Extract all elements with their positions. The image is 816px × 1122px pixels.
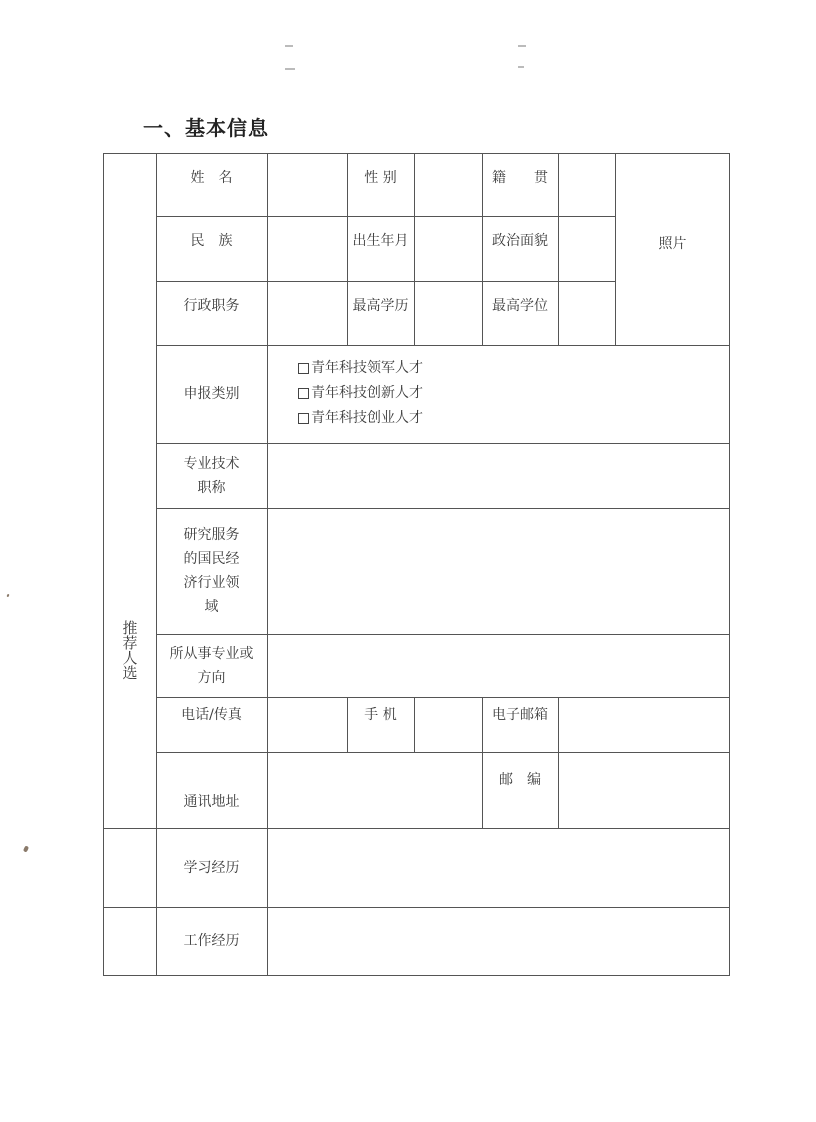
label-ethnicity: 民 族 bbox=[156, 216, 267, 281]
label-line: 域 bbox=[205, 595, 219, 619]
label-gender: 性 别 bbox=[347, 153, 414, 216]
table-border-right bbox=[729, 153, 730, 976]
option-label: 青年科技领军人才 bbox=[311, 356, 423, 381]
checkbox-icon[interactable] bbox=[298, 413, 309, 424]
mobile-field[interactable] bbox=[415, 698, 482, 752]
postcode-field[interactable] bbox=[559, 753, 729, 828]
group-label: 推荐人选 bbox=[103, 600, 156, 700]
label-line: 专业技术 bbox=[184, 452, 240, 476]
checkbox-icon[interactable] bbox=[298, 363, 309, 374]
label-line: 所从事专业或 bbox=[170, 642, 254, 666]
label-phone-fax: 电话/传真 bbox=[156, 697, 267, 752]
native-place-field[interactable] bbox=[559, 154, 615, 216]
label-professional-title: 专业技术 职称 bbox=[156, 443, 267, 508]
scan-mark bbox=[285, 68, 295, 70]
professional-title-field[interactable] bbox=[268, 444, 729, 508]
label-line: 方向 bbox=[198, 666, 226, 690]
scan-speck bbox=[23, 845, 29, 852]
work-history-field[interactable] bbox=[268, 908, 729, 975]
email-field[interactable] bbox=[559, 698, 729, 752]
label-work-history: 工作经历 bbox=[156, 907, 267, 975]
label-industry: 研究服务 的国民经 济行业领 域 bbox=[156, 508, 267, 634]
label-name: 姓 名 bbox=[156, 153, 267, 216]
option-label: 青年科技创业人才 bbox=[311, 406, 423, 431]
label-major: 所从事专业或 方向 bbox=[156, 634, 267, 697]
category-option-leader[interactable]: 青年科技领军人才 bbox=[298, 356, 423, 381]
degree-field[interactable] bbox=[559, 282, 615, 345]
scan-mark bbox=[518, 45, 526, 47]
major-field[interactable] bbox=[268, 635, 729, 697]
option-label: 青年科技创新人才 bbox=[311, 381, 423, 406]
scan-speck bbox=[6, 594, 9, 598]
category-option-entrepreneur[interactable]: 青年科技创业人才 bbox=[298, 406, 423, 431]
label-line: 济行业领 bbox=[184, 571, 240, 595]
scan-mark bbox=[518, 66, 524, 68]
label-education: 最高学历 bbox=[347, 281, 414, 345]
label-political-status: 政治面貌 bbox=[482, 216, 558, 281]
name-field[interactable] bbox=[268, 154, 347, 216]
label-line: 的国民经 bbox=[184, 547, 240, 571]
category-options: 青年科技领军人才 青年科技创新人才 青年科技创业人才 bbox=[298, 356, 423, 431]
label-line: 研究服务 bbox=[184, 523, 240, 547]
label-birth-date: 出生年月 bbox=[347, 216, 414, 281]
admin-position-field[interactable] bbox=[268, 282, 347, 345]
category-option-innovation[interactable]: 青年科技创新人才 bbox=[298, 381, 423, 406]
label-email: 电子邮箱 bbox=[482, 697, 558, 752]
ethnicity-field[interactable] bbox=[268, 217, 347, 281]
education-field[interactable] bbox=[415, 282, 482, 345]
label-native-place: 籍 贯 bbox=[482, 153, 558, 216]
table-border-left bbox=[103, 153, 104, 976]
label-postcode: 邮 编 bbox=[482, 752, 558, 828]
birth-date-field[interactable] bbox=[415, 217, 482, 281]
industry-field[interactable] bbox=[268, 509, 729, 634]
table-border-bottom bbox=[103, 975, 730, 976]
gender-field[interactable] bbox=[415, 154, 482, 216]
scan-mark bbox=[285, 45, 293, 47]
label-category: 申报类别 bbox=[156, 345, 267, 443]
photo-placeholder[interactable]: 照片 bbox=[616, 154, 729, 334]
study-history-field[interactable] bbox=[268, 829, 729, 907]
label-degree: 最高学位 bbox=[482, 281, 558, 345]
label-study-history: 学习经历 bbox=[156, 828, 267, 907]
phone-fax-field[interactable] bbox=[268, 698, 347, 752]
label-line: 职称 bbox=[198, 476, 226, 500]
address-field[interactable] bbox=[268, 753, 482, 828]
label-admin-position: 行政职务 bbox=[156, 281, 267, 345]
label-mobile: 手 机 bbox=[347, 697, 414, 752]
checkbox-icon[interactable] bbox=[298, 388, 309, 399]
section-title: 一、基本信息 bbox=[143, 112, 269, 141]
photo-label: 照片 bbox=[659, 232, 687, 256]
political-status-field[interactable] bbox=[559, 217, 615, 281]
label-address: 通讯地址 bbox=[156, 752, 267, 828]
